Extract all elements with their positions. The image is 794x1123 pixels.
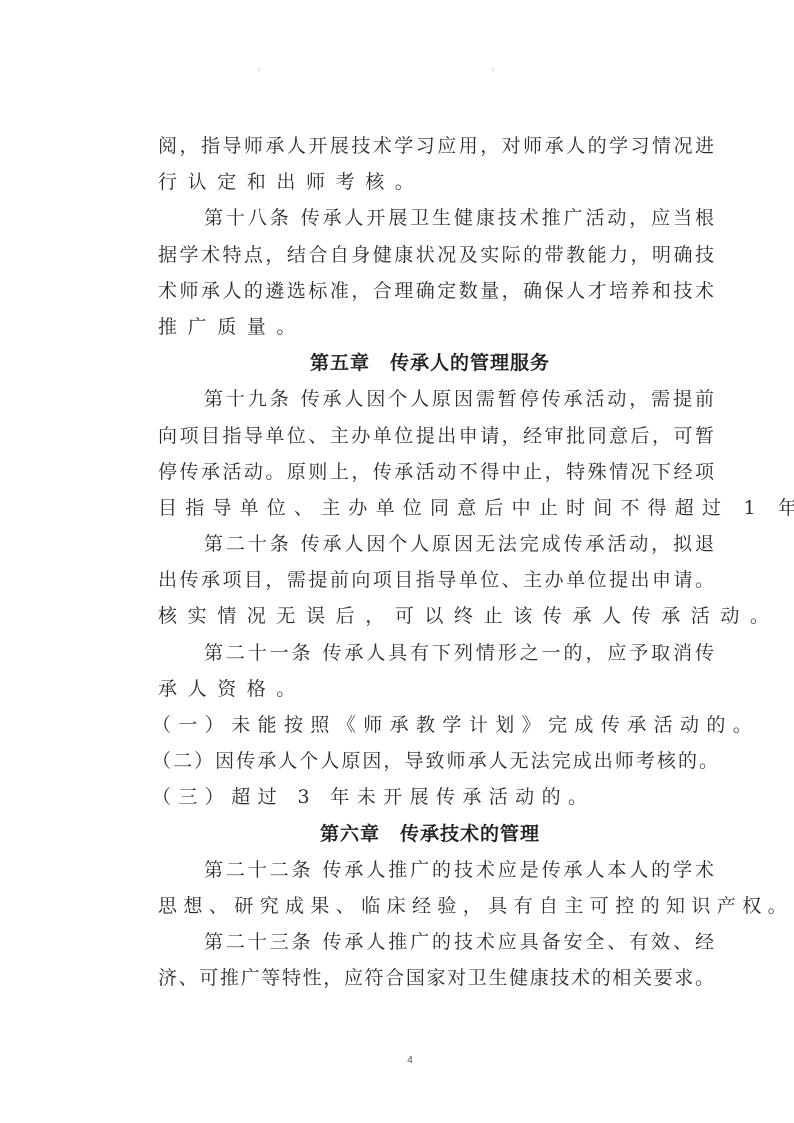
paragraph-line: 思想、研究成果、临床经验，具有自主可控的知识产权。 <box>158 888 714 924</box>
paragraph-line: 停传承活动。原则上，传承活动不得中止，特殊情况下经项 <box>158 454 714 490</box>
paragraph-line: 据学术特点，结合自身健康状况及实际的带教能力，明确技 <box>158 237 714 273</box>
paragraph-line: 推广质量。 <box>158 309 714 345</box>
paragraph-line: 济、可推广等特性，应符合国家对卫生健康技术的相关要求。 <box>158 960 714 996</box>
paragraph-line: 术师承人的遴选标准，合理确定数量，确保人才培养和技术 <box>158 273 714 309</box>
article-21-line: 第二十一条 传承人具有下列情形之一的，应予取消传 <box>158 635 714 671</box>
scan-speck <box>258 68 260 71</box>
paragraph-line: 承人资格。 <box>158 671 714 707</box>
paragraph-line: 行认定和出师考核。 <box>158 164 714 200</box>
paragraph-line: 向项目指导单位、主办单位提出申请，经审批同意后，可暂 <box>158 418 714 454</box>
chapter-heading-6: 第六章传承技术的管理 <box>158 816 714 852</box>
document-page: 阅，指导师承人开展技术学习应用，对师承人的学习情况进 行认定和出师考核。 第十八… <box>0 0 794 1123</box>
paragraph-line: 出传承项目，需提前向项目指导单位、主办单位提出申请。 <box>158 562 714 598</box>
article-22-line: 第二十二条 传承人推广的技术应是传承人本人的学术 <box>158 852 714 888</box>
article-23-line: 第二十三条 传承人推广的技术应具备安全、有效、经 <box>158 924 714 960</box>
article-20-line: 第二十条 传承人因个人原因无法完成传承活动，拟退 <box>158 526 714 562</box>
chapter-title: 传承人的管理服务 <box>390 352 550 374</box>
chapter-title: 传承技术的管理 <box>400 823 540 845</box>
list-item-2: （二）因传承人个人原因，导致师承人无法完成出师考核的。 <box>152 743 718 779</box>
page-number: 4 <box>400 1055 420 1066</box>
list-item-3: （三）超过 3 年未开展传承活动的。 <box>152 779 714 815</box>
paragraph-line: 目指导单位、主办单位同意后中止时间不得超过 1 年。 <box>158 490 714 526</box>
list-item-1: （一）未能按照《师承教学计划》完成传承活动的。 <box>152 707 714 743</box>
chapter-heading-5: 第五章传承人的管理服务 <box>158 345 714 381</box>
paragraph-line: 阅，指导师承人开展技术学习应用，对师承人的学习情况进 <box>158 128 714 164</box>
document-body: 阅，指导师承人开展技术学习应用，对师承人的学习情况进 行认定和出师考核。 第十八… <box>158 128 714 997</box>
chapter-number: 第五章 <box>310 352 370 374</box>
scan-speck <box>492 68 494 71</box>
article-19-line: 第十九条 传承人因个人原因需暂停传承活动，需提前 <box>158 381 714 417</box>
article-18-line: 第十八条 传承人开展卫生健康技术推广活动，应当根 <box>158 200 714 236</box>
chapter-number: 第六章 <box>320 823 380 845</box>
paragraph-line: 核实情况无误后，可以终止该传承人传承活动。 <box>158 598 714 634</box>
